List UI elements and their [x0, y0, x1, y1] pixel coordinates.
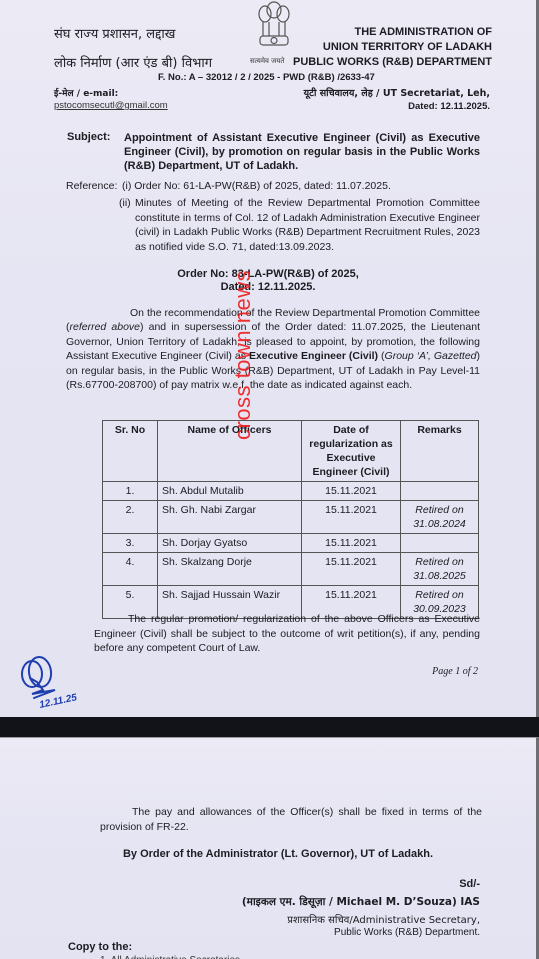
document-page-2: The pay and allowances of the Officer(s)…: [0, 737, 539, 959]
order-date: Dated: 12.11.2025.: [0, 281, 536, 294]
para-bold: Executive Engineer (Civil): [249, 350, 378, 362]
para-italic: referred above: [70, 321, 141, 333]
english-header: THE ADMINISTRATION OF UNION TERRITORY OF…: [293, 25, 492, 70]
regularization-date-cell: 15.11.2021: [302, 482, 401, 501]
issue-date: Dated: 12.11.2025.: [408, 101, 490, 112]
signed-mark: Sd/-: [459, 878, 480, 890]
email-label: ई-मेल / e-mail:: [54, 86, 118, 99]
table-row: 3.Sh. Dorjay Gyatso15.11.2021: [103, 534, 479, 553]
watermark-text: cross town news: [230, 270, 256, 440]
document-page-1: संघ राज्य प्रशासन, लद्दाख लोक निर्माण (आ…: [0, 0, 539, 717]
handwritten-signature-icon: 12.11.25: [10, 652, 90, 710]
hindi-department-title: लोक निर्माण (आर एंड बी) विभाग: [54, 53, 212, 71]
col-sr-no: Sr. No: [103, 421, 158, 482]
col-date: Date of regularization as Executive Engi…: [302, 421, 401, 482]
reference-num: (i): [122, 180, 131, 192]
sr-no-cell: 4.: [103, 553, 158, 586]
reference-num: (ii): [119, 196, 131, 211]
remarks-cell: [401, 534, 479, 553]
signatory-department: Public Works (R&B) Department.: [334, 927, 480, 938]
header-line-2: UNION TERRITORY OF LADAKH: [293, 40, 492, 55]
hindi-admin-title: संघ राज्य प्रशासन, लद्दाख: [54, 24, 175, 42]
copy-to-heading: Copy to the:: [68, 941, 132, 953]
table-body: 1.Sh. Abdul Mutalib15.11.20212.Sh. Gh. N…: [103, 482, 479, 619]
copy-list-item-partial: 1. All Administrative Secretaries: [100, 955, 240, 959]
header-line-1: THE ADMINISTRATION OF: [293, 25, 492, 40]
col-remarks: Remarks: [401, 421, 479, 482]
header-line-3: PUBLIC WORKS (R&B) DEPARTMENT: [293, 55, 492, 70]
by-order-line: By Order of the Administrator (Lt. Gover…: [0, 848, 536, 860]
regularization-date-cell: 15.11.2021: [302, 501, 401, 534]
emblem-motto: सत्यमेव जयते: [250, 57, 284, 66]
reference-text: Order No: 61-LA-PW(R&B) of 2025, dated: …: [134, 180, 391, 192]
para-text: The pay and allowances of the Officer(s)…: [100, 806, 482, 833]
officer-name-cell: Sh. Abdul Mutalib: [158, 482, 302, 501]
order-heading: Order No: 83-LA-PW(R&B) of 2025, Dated: …: [0, 268, 536, 294]
officer-name-cell: Sh. Skalzang Dorje: [158, 553, 302, 586]
para-italic: Group ‘A’, Gazetted: [385, 350, 477, 362]
table-row: 1.Sh. Abdul Mutalib15.11.2021: [103, 482, 479, 501]
file-number: F. No.: A – 32012 / 2 / 2025 - PWD (R&B)…: [158, 72, 375, 83]
remarks-cell: [401, 482, 479, 501]
table-row: 2.Sh. Gh. Nabi Zargar15.11.2021Retired o…: [103, 501, 479, 534]
signatory-name: (माइकल एम. डिसूज़ा / Michael M. D’Souza)…: [242, 895, 480, 909]
para-text: The regular promotion/ regularization of…: [94, 613, 480, 654]
order-paragraph-2: The regular promotion/ regularization of…: [94, 612, 480, 656]
officer-name-cell: Sh. Dorjay Gyatso: [158, 534, 302, 553]
table-row: 4.Sh. Skalzang Dorje15.11.2021Retired on…: [103, 553, 479, 586]
email-link[interactable]: pstocomsecutl@gmail.com: [54, 100, 168, 111]
reference-item-1: (i) Order No: 61-LA-PW(R&B) of 2025, dat…: [122, 180, 391, 192]
remarks-cell: Retired on31.08.2025: [401, 553, 479, 586]
subject-label: Subject:: [67, 131, 110, 143]
table-header-row: Sr. No Name of Officers Date of regulari…: [103, 421, 479, 482]
regularization-date-cell: 15.11.2021: [302, 553, 401, 586]
officer-name-cell: Sh. Gh. Nabi Zargar: [158, 501, 302, 534]
reference-item-2: (ii) Minutes of Meeting of the Review De…: [119, 196, 480, 254]
order-paragraph-1: On the recommendation of the Review Depa…: [66, 306, 480, 392]
order-number: Order No: 83-LA-PW(R&B) of 2025,: [0, 268, 536, 281]
sr-no-cell: 2.: [103, 501, 158, 534]
officers-table: Sr. No Name of Officers Date of regulari…: [102, 420, 479, 619]
subject-text: Appointment of Assistant Executive Engin…: [124, 131, 480, 173]
sr-no-cell: 3.: [103, 534, 158, 553]
reference-label: Reference:: [66, 180, 117, 192]
reference-text: Minutes of Meeting of the Review Departm…: [135, 196, 480, 254]
issuing-place: यूटी सचिवालय, लेह / UT Secretariat, Leh,: [304, 86, 490, 99]
signatory-designation: प्रशासनिक सचिव/Administrative Secretary,: [287, 912, 480, 926]
sr-no-cell: 1.: [103, 482, 158, 501]
regularization-date-cell: 15.11.2021: [302, 534, 401, 553]
remarks-cell: Retired on31.08.2024: [401, 501, 479, 534]
page-number: Page 1 of 2: [432, 666, 478, 677]
pay-allowances-paragraph: The pay and allowances of the Officer(s)…: [100, 805, 482, 835]
national-emblem-icon: [254, 0, 294, 52]
